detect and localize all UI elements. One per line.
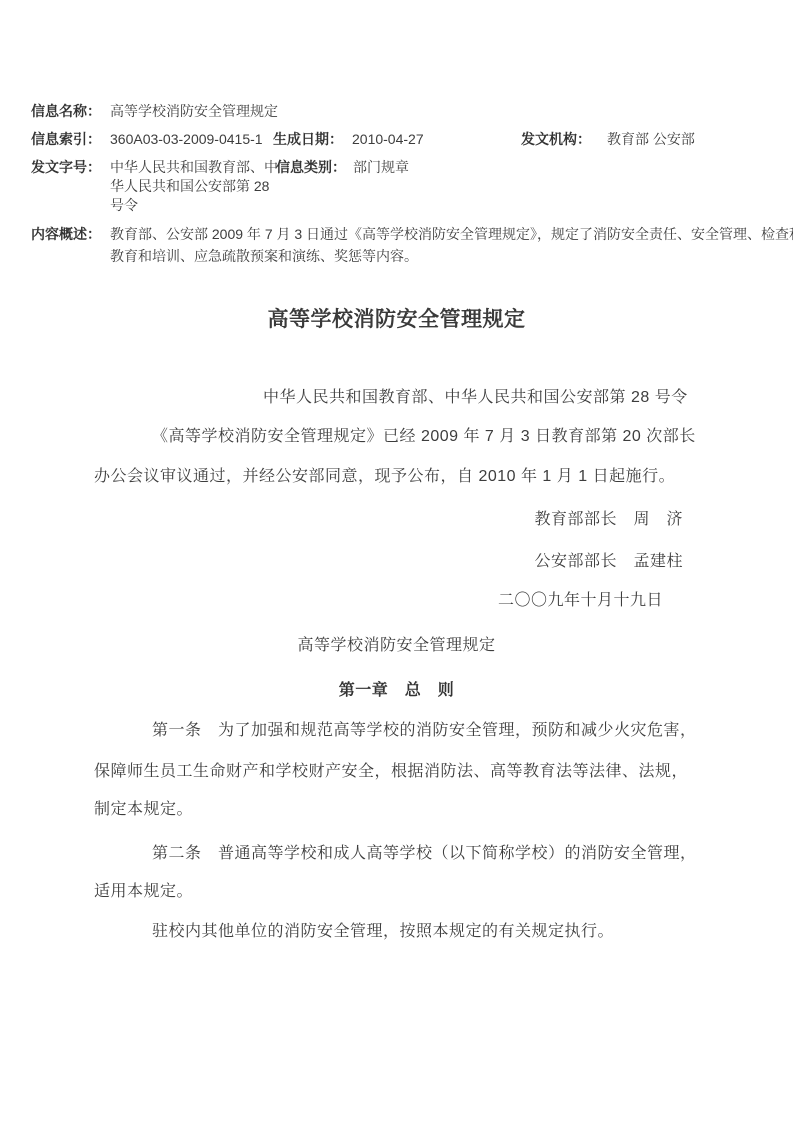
- meta-label-category: 信息类别：: [276, 157, 346, 177]
- document-page: 信息名称： 高等学校消防安全管理规定 信息索引： 360A03-03-2009-…: [0, 0, 793, 1122]
- meta-label-doc-number: 发文字号：: [31, 157, 101, 177]
- meta-value-gen-date: 2010-04-27: [352, 129, 424, 149]
- line-article2-2: 适用本规定。: [94, 882, 193, 901]
- meta-value-summary-line1: 教育部、公安部 2009 年 7 月 3 日通过《高等学校消防安全管理规定》，规…: [110, 224, 793, 244]
- line-signature-date: 二〇〇九年十月十九日: [498, 591, 663, 610]
- meta-label-summary: 内容概述：: [31, 224, 101, 244]
- line-decree-number: 中华人民共和国教育部、中华人民共和国公安部第 28 号令: [263, 388, 688, 407]
- meta-value-doc-number-line3: 号令: [110, 195, 138, 215]
- line-signature-edu-minister: 教育部部长 周 济: [534, 510, 683, 529]
- meta-value-doc-number-line2: 华人民共和国公安部第 28: [110, 176, 269, 196]
- line-article2-1: 第二条 普通高等学校和成人高等学校（以下简称学校）的消防安全管理，: [152, 844, 697, 863]
- meta-value-agency: 教育部 公安部: [607, 129, 695, 149]
- meta-label-info-name: 信息名称：: [31, 101, 101, 121]
- line-publication-2: 办公会议审议通过，并经公安部同意，现予公布，自 2010 年 1 月 1 日起施…: [94, 467, 675, 486]
- meta-label-gen-date: 生成日期：: [273, 129, 343, 149]
- line-article2-3: 驻校内其他单位的消防安全管理，按照本规定的有关规定执行。: [152, 922, 614, 941]
- page-title: 高等学校消防安全管理规定: [0, 308, 793, 332]
- line-article1-2: 保障师生员工生命财产和学校财产安全，根据消防法、高等教育法等法律、法规，: [94, 762, 688, 781]
- meta-value-info-index: 360A03-03-2009-0415-1: [110, 129, 263, 149]
- line-article1-1: 第一条 为了加强和规范高等学校的消防安全管理，预防和减少火灾危害，: [152, 721, 697, 740]
- meta-value-doc-number-line1: 中华人民共和国教育部、中: [110, 157, 278, 177]
- line-publication-1: 《高等学校消防安全管理规定》已经 2009 年 7 月 3 日教育部第 20 次…: [152, 427, 696, 446]
- meta-label-info-index: 信息索引：: [31, 129, 101, 149]
- chapter1-heading: 第一章 总 则: [0, 681, 793, 700]
- meta-value-info-name: 高等学校消防安全管理规定: [110, 101, 278, 121]
- meta-value-category: 部门规章: [353, 157, 409, 177]
- line-subtitle: 高等学校消防安全管理规定: [0, 636, 793, 655]
- meta-value-summary-line2: 教育和培训、应急疏散预案和演练、奖惩等内容。: [110, 246, 418, 266]
- meta-label-agency: 发文机构：: [521, 129, 591, 149]
- line-article1-3: 制定本规定。: [94, 800, 193, 819]
- line-signature-police-minister: 公安部部长 孟建柱: [534, 552, 683, 571]
